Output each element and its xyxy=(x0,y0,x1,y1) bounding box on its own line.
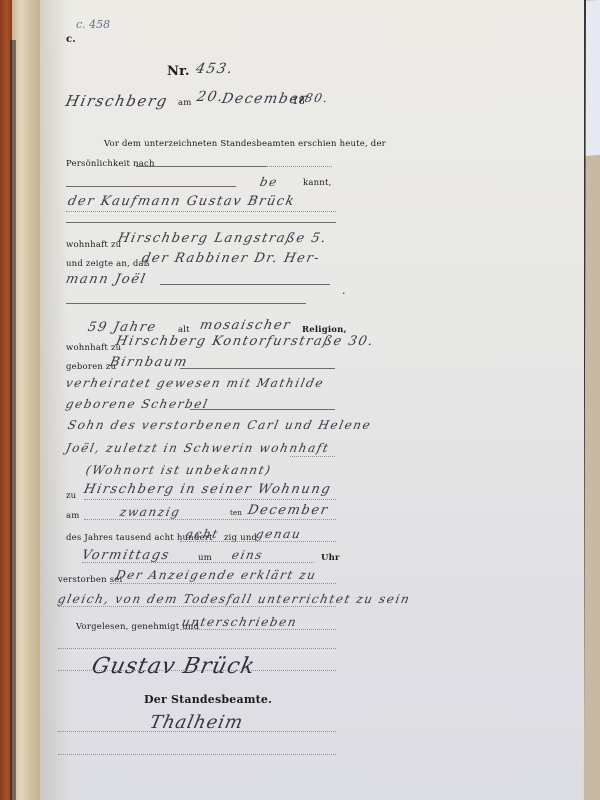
entry-number-label: Nr. xyxy=(167,64,190,79)
year-suffix: 80. xyxy=(304,91,331,105)
age-value: 59 Jahre xyxy=(86,320,158,335)
deceased-line1: der Rabbiner Dr. Her- xyxy=(140,251,321,266)
rule xyxy=(66,303,306,304)
died-value2: gleich, von dem Todesfall unterrichtet z… xyxy=(57,592,412,606)
rule xyxy=(190,409,335,410)
day-value: zwanzig xyxy=(119,505,183,519)
rule xyxy=(160,284,330,285)
pencil-note: c. 458 xyxy=(76,18,110,31)
rule xyxy=(66,211,336,212)
entry-number: 453. xyxy=(194,61,235,77)
approval-value: unterschrieben xyxy=(181,615,299,629)
deceased-period: . xyxy=(342,284,346,297)
rule xyxy=(136,166,266,167)
day-suffix: ten xyxy=(230,509,242,517)
rule xyxy=(110,583,336,584)
year-value1: acht xyxy=(185,527,221,541)
rule xyxy=(266,166,332,167)
identity-label: Persönlichkeit nach xyxy=(66,159,155,169)
spouse-line1: verheiratet gewesen mit Mathilde xyxy=(65,376,326,390)
rule xyxy=(58,606,336,607)
place-date-connector: am xyxy=(178,98,192,108)
rule xyxy=(84,499,336,500)
rule xyxy=(180,541,336,542)
parents-line2: Joël, zuletzt in Schwerin wohnhaft xyxy=(65,441,331,455)
religion-value: mosaischer xyxy=(198,318,292,333)
rule xyxy=(84,519,336,520)
place: Hirschberg xyxy=(64,92,170,110)
registrar-signature: Thalheim xyxy=(148,712,246,733)
report-label: und zeigte an, daß xyxy=(66,259,150,269)
residence-value: Hirschberg Langstraße 5. xyxy=(116,231,328,246)
residence2-label: wohnhaft zu xyxy=(66,343,121,353)
rule xyxy=(82,562,314,563)
time-value1: Vormittags xyxy=(80,548,171,563)
rule xyxy=(66,222,336,223)
year-value2: genau xyxy=(255,527,303,541)
month-value: December xyxy=(246,503,330,518)
rule xyxy=(180,368,335,369)
time-value2: eins xyxy=(231,548,265,562)
died-value1: Der Anzeigende erklärt zu xyxy=(115,568,319,582)
born-value: Birnbaum xyxy=(108,355,189,370)
rule xyxy=(180,629,336,630)
parents-line1: Sohn des verstorbenen Carl und Helene xyxy=(67,418,373,432)
informant: der Kaufmann Gustav Brück xyxy=(66,194,296,209)
deceased-line2: mann Joël xyxy=(64,272,147,287)
residence-label: wohnhaft zu xyxy=(66,240,121,250)
spouse-line2: geborene Scherbel xyxy=(65,397,210,411)
informant-signature: Gustav Brück xyxy=(89,654,257,679)
rule xyxy=(58,754,336,755)
day-label: am xyxy=(66,511,80,521)
book-shadow xyxy=(10,40,16,800)
parents-line3: (Wohnort ist unbekannt) xyxy=(85,463,274,477)
pencil-note-prefix: c. xyxy=(66,34,76,45)
page-gutter-shade xyxy=(40,0,70,800)
rule xyxy=(66,186,236,187)
rule xyxy=(290,456,335,457)
rule xyxy=(58,670,336,671)
rule xyxy=(58,648,336,649)
book-page-edges xyxy=(12,0,42,800)
rule xyxy=(58,731,336,732)
registrar-title: Der Standesbeamte. xyxy=(144,693,272,706)
intro-line: Vor dem unterzeichneten Standesbeamten e… xyxy=(104,139,386,149)
time-suffix: Uhr xyxy=(321,553,340,563)
death-place-value: Hirschberg in seiner Wohnung xyxy=(82,482,332,497)
identity-value: be xyxy=(259,175,280,189)
residence2-value: Hirschberg Kontorfurstraße 30. xyxy=(114,334,375,349)
identity-suffix: kannt, xyxy=(303,178,332,188)
death-place-label: zu xyxy=(66,491,76,501)
